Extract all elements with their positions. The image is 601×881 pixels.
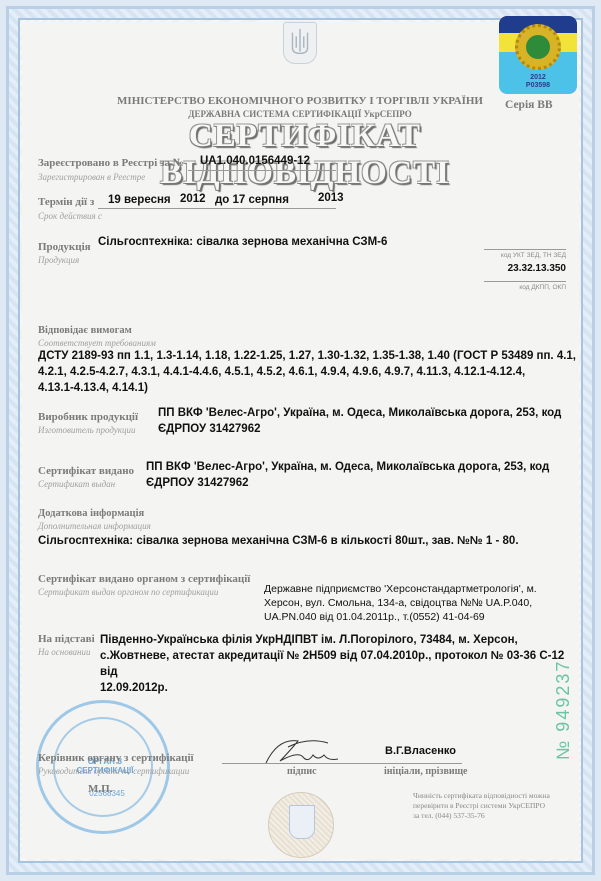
requirements-line: 4.13.1-4.13.4, 4.14.1): [38, 380, 578, 396]
serial-number: № 949237: [553, 660, 574, 760]
cert-body-line: Державне підприємство 'Херсонстандартмет…: [264, 582, 564, 596]
validity-label-ru: Срок действия с: [38, 211, 102, 221]
registry-label: Зареєстровано в Реєстрі за №: [38, 157, 184, 169]
cert-body-line: UA.PN.040 від 01.04.2011р., т.(0552) 41-…: [264, 610, 564, 624]
manufacturer-line: ЄДРПОУ 31427962: [158, 421, 578, 437]
name-caption: ініціали, прізвище: [384, 766, 467, 777]
hologram-sticker: 2012 P03598: [499, 16, 577, 94]
ministry-name: МІНІСТЕРСТВО ЕКОНОМІЧНОГО РОЗВИТКУ І ТОР…: [100, 95, 500, 107]
requirements-label-ru: Соответствует требованиям: [38, 338, 156, 348]
basis-line: с.Жовтневе, атестат акредитації № 2Н509 …: [100, 648, 580, 680]
issued-to-text: ПП ВКФ 'Велес-Агро', Україна, м. Одеса, …: [146, 459, 576, 491]
verify-line: за тел. (044) 537-35-76: [413, 811, 593, 821]
caduceus-scales-icon: [526, 35, 550, 59]
issued-to-line: ПП ВКФ 'Велес-Агро', Україна, м. Одеса, …: [146, 459, 576, 475]
seal-place-mark: М.П.: [88, 783, 112, 795]
manufacturer-text: ПП ВКФ 'Велес-Агро', Україна, м. Одеса, …: [158, 405, 578, 437]
dkpp-code-line: [484, 281, 566, 282]
bottom-emblem: [268, 792, 334, 858]
cert-body-text: Державне підприємство 'Херсонстандартмет…: [264, 582, 564, 624]
ukt-code-line: [484, 249, 566, 250]
registry-underline: [188, 170, 336, 171]
cert-body-label: Сертифікат видано органом з сертифікації: [38, 573, 250, 585]
gear-emblem-icon: [515, 24, 561, 70]
validity-underline: [98, 208, 336, 209]
basis-label-ru: На основании: [38, 647, 91, 657]
manufacturer-label-ru: Изготовитель продукции: [38, 425, 136, 435]
verification-note: Чинність сертифіката відповідності можна…: [413, 791, 593, 821]
manufacturer-line: ПП ВКФ 'Велес-Агро', Україна, м. Одеса, …: [158, 405, 578, 421]
basis-label: На підставі: [38, 633, 95, 645]
additional-info-text: Сільгосптехніка: сівалка зернова механіч…: [38, 533, 578, 549]
additional-info-label-ru: Дополнительная информация: [38, 521, 151, 531]
dkpp-code-label: код ДКПП, ОКП: [470, 284, 566, 291]
valid-to-year: 2013: [318, 190, 344, 206]
issued-to-line: ЄДРПОУ 31427962: [146, 475, 576, 491]
basis-line: 12.09.2012р.: [100, 680, 580, 696]
verify-line: Чинність сертифіката відповідності можна: [413, 791, 593, 801]
cert-body-line: Херсон, вул. Смольна, 134-а, свідоцтва №…: [264, 596, 564, 610]
hologram-number: P03598: [499, 82, 577, 89]
requirements-line: 4.2.1, 4.2.5-4.2.7, 4.3.1, 4.4.1-4.4.6, …: [38, 364, 578, 380]
registry-label-ru: Зарегистрирован в Реестре: [38, 172, 145, 182]
ukt-code-label: код УКТ ЗЕД, ТН ЗЕД: [470, 252, 566, 259]
trident-coat-of-arms-icon: [283, 22, 317, 64]
cert-body-label-ru: Сертификат выдан органом по сертификации: [38, 587, 218, 597]
validity-label: Термін дії з: [38, 196, 94, 208]
signatory-label-ru: Руководитель органа по сертификации: [38, 766, 189, 776]
product-label: Продукція: [38, 241, 91, 253]
signatory-label: Керівник органу з сертифікації: [38, 752, 194, 764]
requirements-line: ДСТУ 2189-93 пп 1.1, 1.3-1.14, 1.18, 1.2…: [38, 348, 578, 364]
product-name: Сільгосптехніка: сівалка зернова механіч…: [98, 234, 387, 250]
manufacturer-label: Виробник продукції: [38, 411, 138, 423]
product-label-ru: Продукция: [38, 255, 79, 265]
issued-to-label: Сертифікат видано: [38, 465, 134, 477]
basis-line: Південно-Українська філія УкрНДІПВТ ім. …: [100, 632, 580, 648]
valid-to-date: до 17 серпня: [215, 192, 289, 208]
signatory-name: В.Г.Власенко: [385, 743, 456, 759]
basis-text: Південно-Українська філія УкрНДІПВТ ім. …: [100, 632, 580, 696]
shield-icon: [289, 805, 315, 839]
issued-to-label-ru: Сертификат выдан: [38, 479, 115, 489]
requirements-label: Відповідає вимогам: [38, 325, 132, 336]
valid-from-year: 2012: [180, 191, 206, 207]
requirements-text: ДСТУ 2189-93 пп 1.1, 1.3-1.14, 1.18, 1.2…: [38, 348, 578, 396]
registry-number: UA1.040.0156449-12: [200, 153, 310, 169]
verify-line: перевірити в Реєстрі системи УкрСЕПРО: [413, 801, 593, 811]
valid-from-date: 19 вересня: [108, 192, 171, 208]
series-label: Серія ВВ: [505, 99, 553, 111]
hologram-year: 2012: [499, 74, 577, 81]
additional-info-label: Додаткова інформація: [38, 508, 144, 519]
ukt-code-value: 23.32.13.350: [470, 261, 566, 277]
signature-caption: підпис: [287, 766, 317, 777]
